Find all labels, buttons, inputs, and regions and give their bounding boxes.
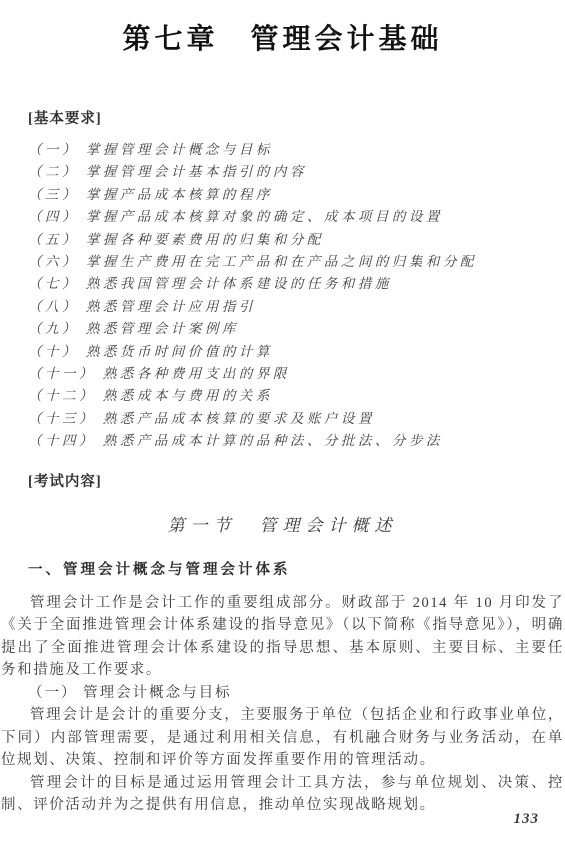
sub-item-heading: （一） 管理会计概念与目标 <box>28 682 565 705</box>
requirement-item: （七） 熟悉我国管理会计体系建设的任务和措施 <box>28 273 565 295</box>
requirement-item: （四） 掌握产品成本核算对象的确定、成本项目的设置 <box>28 206 565 228</box>
paragraph-goal: 管理会计的目标是通过运用管理会计工具方法，参与单位规划、决策、控制、评价活动并为… <box>1 772 564 817</box>
requirement-item: （十四） 熟悉产品成本计算的品种法、分批法、分步法 <box>28 430 565 452</box>
paragraph-concept: 管理会计是会计的重要分支，主要服务于单位（包括企业和行政事业单位，下同）内部管理… <box>1 704 564 772</box>
basic-requirements-label: [基本要求] <box>28 110 565 128</box>
requirement-item: （九） 熟悉管理会计案例库 <box>28 318 565 340</box>
chapter-title: 第七章 管理会计基础 <box>0 22 565 58</box>
section-title: 第一节 管理会计概述 <box>0 515 565 537</box>
requirement-item: （五） 掌握各种要素费用的归集和分配 <box>28 229 565 251</box>
requirement-item: （一） 掌握管理会计概念与目标 <box>28 139 565 161</box>
basic-requirements-list: （一） 掌握管理会计概念与目标 （二） 掌握管理会计基本指引的内容 （三） 掌握… <box>28 139 565 453</box>
requirement-item: （八） 熟悉管理会计应用指引 <box>28 296 565 318</box>
requirement-item: （六） 掌握生产费用在完工产品和在产品之间的归集和分配 <box>28 251 565 273</box>
requirement-item: （十三） 熟悉产品成本核算的要求及账户设置 <box>28 408 565 430</box>
requirement-item: （十） 熟悉货币时间价值的计算 <box>28 341 565 363</box>
subsection-heading: 一、管理会计概念与管理会计体系 <box>28 561 565 579</box>
page-number: 133 <box>514 811 540 828</box>
exam-content-label: [考试内容] <box>28 473 565 491</box>
requirement-item: （二） 掌握管理会计基本指引的内容 <box>28 161 565 183</box>
requirement-item: （十一） 熟悉各种费用支出的界限 <box>28 363 565 385</box>
requirement-item: （十二） 熟悉成本与费用的关系 <box>28 385 565 407</box>
paragraph-intro: 管理会计工作是会计工作的重要组成部分。财政部于 2014 年 10 月印发了《关… <box>1 592 564 682</box>
requirement-item: （三） 掌握产品成本核算的程序 <box>28 184 565 206</box>
document-page: 第七章 管理会计基础 [基本要求] （一） 掌握管理会计概念与目标 （二） 掌握… <box>0 0 565 843</box>
